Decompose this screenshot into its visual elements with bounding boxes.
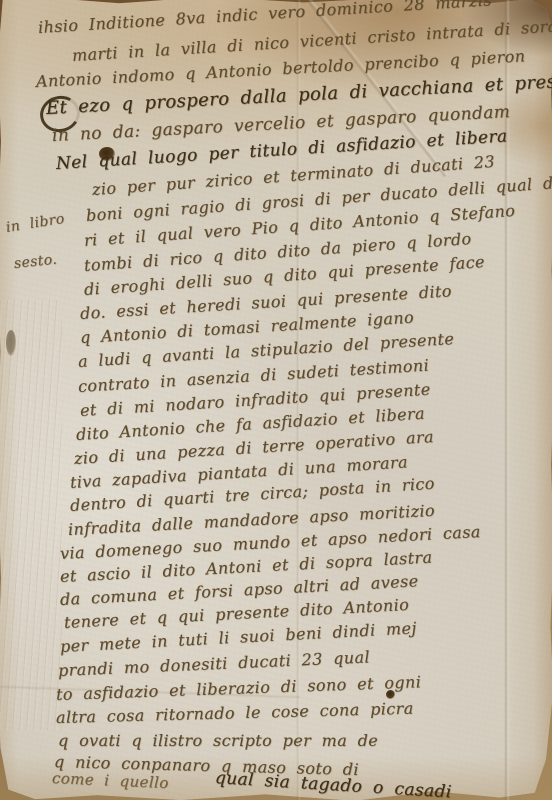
manuscript-line: come i quello: [52, 769, 170, 792]
manuscript-line: q ovati q ilistro scripto per ma de: [58, 731, 378, 750]
margin-note-line: sesto.: [13, 252, 58, 272]
manuscript-line: altra cosa ritornado le cose cona picra: [56, 699, 414, 727]
handwritten-text: in libro sesto. ihsio Inditione 8va indi…: [0, 0, 552, 800]
manuscript-photo: in libro sesto. ihsio Inditione 8va indi…: [0, 0, 552, 800]
margin-note-line: in libro: [5, 211, 66, 236]
